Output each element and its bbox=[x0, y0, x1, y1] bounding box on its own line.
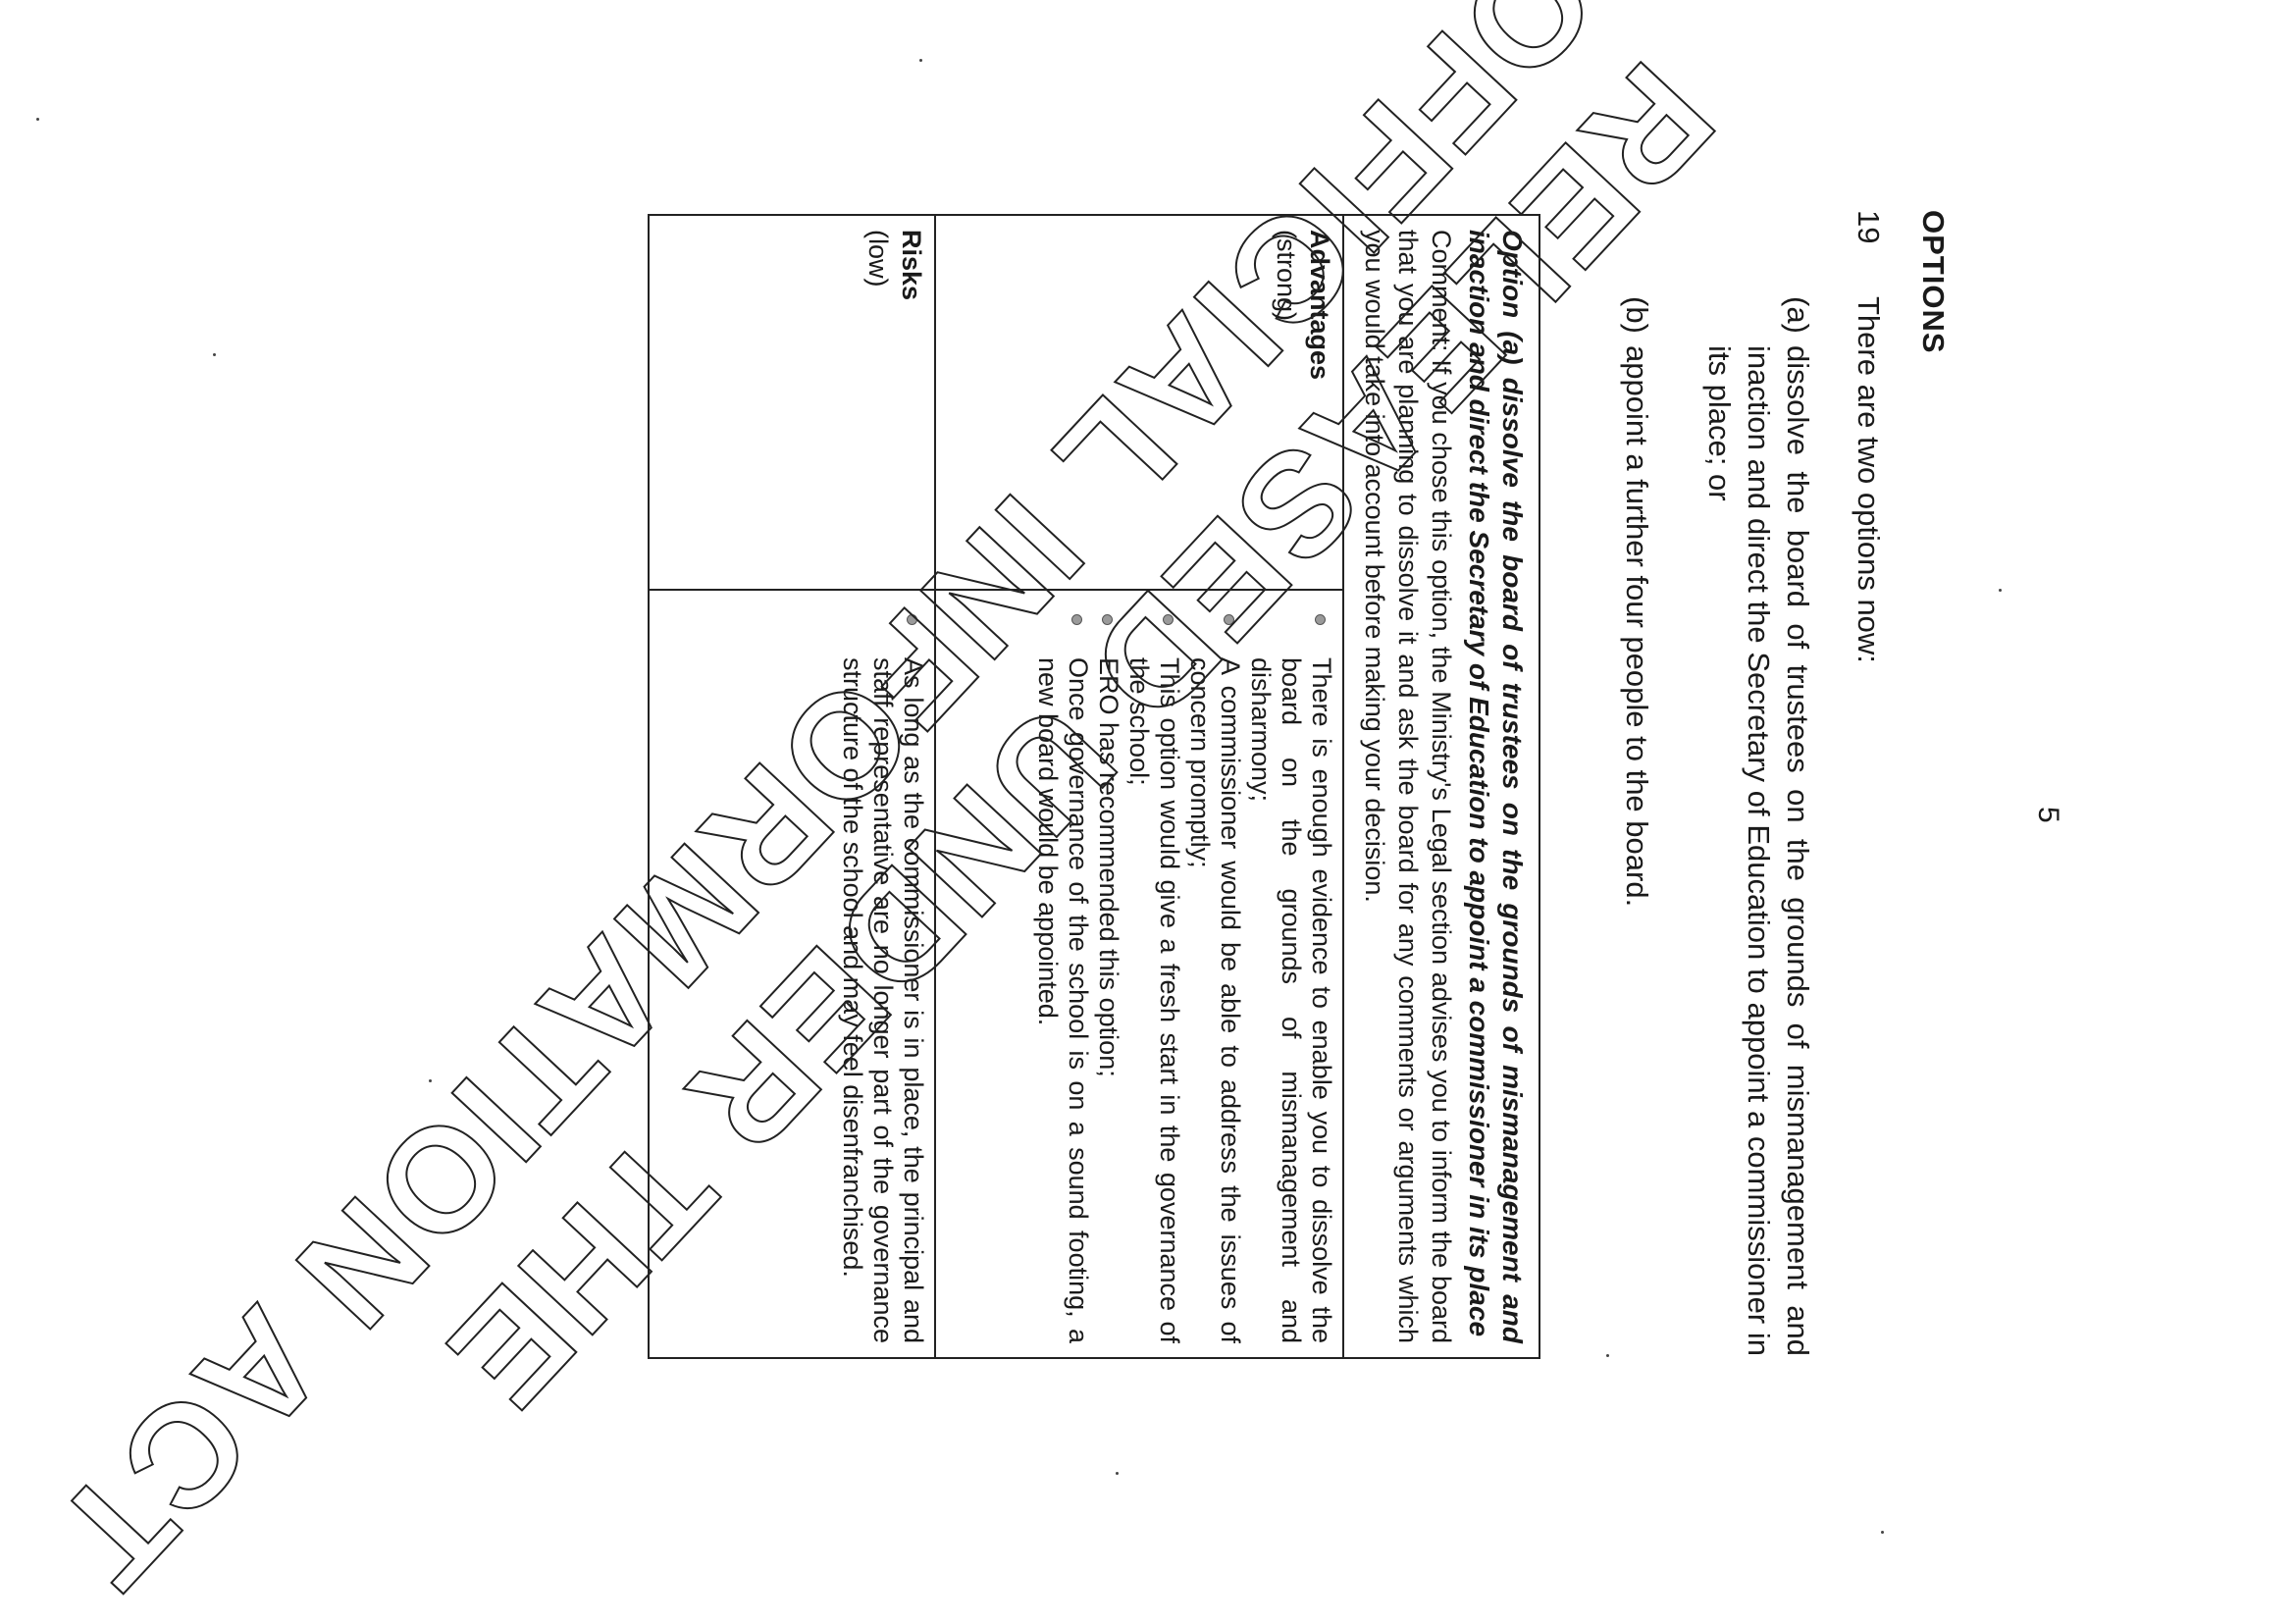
option-b-text: appoint a further four people to the boa… bbox=[1617, 345, 1656, 1356]
option-a-title: Option (a) dissolve the board of trustee… bbox=[1462, 230, 1529, 1343]
option-a-text: dissolve the board of trustees on the gr… bbox=[1699, 345, 1817, 1356]
table-row-advantages: Advantages (strong) There is enough evid… bbox=[934, 216, 1342, 1357]
advantages-label: Advantages bbox=[1303, 230, 1336, 575]
risks-label: Risks bbox=[895, 230, 928, 575]
table-header-row: Option (a) dissolve the board of trustee… bbox=[1342, 216, 1539, 1357]
advantages-label-cell: Advantages (strong) bbox=[936, 216, 1342, 591]
list-item: This option would give a fresh start in … bbox=[1123, 606, 1184, 1343]
scan-speck bbox=[36, 118, 39, 121]
list-item: As long as the commissioner is in place,… bbox=[837, 606, 928, 1343]
list-item: Once governance of the school is on a so… bbox=[1032, 606, 1093, 1343]
option-b: (b) appoint a further four people to the… bbox=[1617, 296, 1656, 1356]
scan-speck bbox=[1116, 1472, 1119, 1475]
scan-speck bbox=[213, 353, 216, 356]
advantages-list: There is enough evidence to enable you t… bbox=[1032, 606, 1336, 1343]
option-b-label: (b) bbox=[1617, 296, 1656, 345]
list-item: There is enough evidence to enable you t… bbox=[1245, 606, 1336, 1343]
scan-speck bbox=[919, 59, 922, 62]
paragraph-intro: There are two options now: bbox=[1851, 296, 1886, 663]
risks-rating: (low) bbox=[863, 230, 893, 288]
risks-list-cell: As long as the commissioner is in place,… bbox=[650, 591, 934, 1357]
section-heading: OPTIONS bbox=[1915, 210, 1951, 354]
paragraph-number: 19 bbox=[1851, 210, 1886, 243]
option-a-table: Option (a) dissolve the board of trustee… bbox=[648, 214, 1540, 1359]
page-number: 5 bbox=[2031, 807, 2064, 823]
table-row-risks: Risks (low) As long as the commissioner … bbox=[650, 216, 934, 1357]
scan-speck bbox=[429, 1079, 432, 1082]
list-item: ERO has recommended this option; bbox=[1093, 606, 1123, 1343]
option-a: (a) dissolve the board of trustees on th… bbox=[1699, 296, 1817, 1356]
advantages-list-cell: There is enough evidence to enable you t… bbox=[936, 591, 1342, 1357]
list-item: A commissioner would be able to address … bbox=[1184, 606, 1245, 1343]
scan-speck bbox=[1999, 589, 2002, 592]
scanned-document-viewport: 5 OPTIONS 19 There are two options now: … bbox=[0, 0, 2296, 1623]
risks-label-cell: Risks (low) bbox=[650, 216, 934, 591]
risks-list: As long as the commissioner is in place,… bbox=[837, 606, 928, 1343]
advantages-rating: (strong) bbox=[1272, 230, 1301, 321]
document-page: 5 OPTIONS 19 There are two options now: … bbox=[0, 0, 2296, 1623]
scan-speck bbox=[1606, 1354, 1609, 1357]
option-a-label: (a) bbox=[1699, 296, 1817, 345]
scan-speck bbox=[1881, 1531, 1884, 1534]
option-a-comment: Comment: If you chose this option, the M… bbox=[1358, 230, 1458, 1343]
